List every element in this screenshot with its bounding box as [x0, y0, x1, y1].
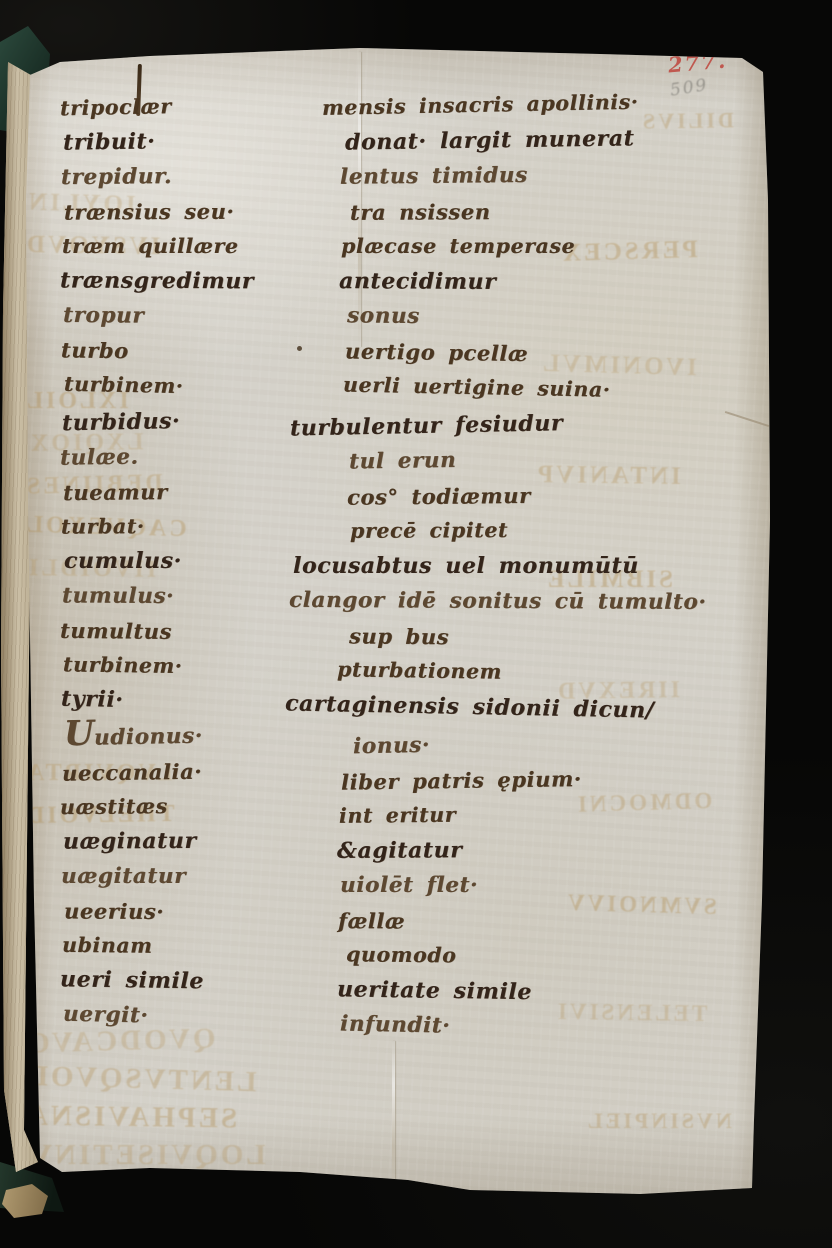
crease-bottom	[392, 1041, 395, 1191]
manuscript-line: trænsgredimur	[60, 264, 295, 300]
foliation-number: 277.	[667, 47, 728, 77]
manuscript-line: lentus timidus	[285, 157, 755, 197]
manuscript-line: turbo	[61, 333, 296, 371]
manuscript-line: tra nsissen	[288, 193, 758, 231]
manuscript-line: trænsius seu·	[64, 194, 299, 230]
manuscript-line: fællæ	[288, 903, 758, 941]
manuscript-line: quomodo	[286, 938, 756, 978]
large-initial: U	[64, 714, 95, 755]
manuscript-line: Uudionus·	[64, 718, 300, 758]
manuscript-line: ueri simile	[60, 963, 295, 1001]
bleedthrough-text: NVSINPIEL	[585, 1108, 732, 1134]
manuscript-line: turbinem·	[64, 368, 300, 408]
manuscript-line: uægitatur	[61, 860, 296, 895]
manuscript-line: tumultus	[60, 614, 295, 651]
manuscript-line: ueerius·	[64, 894, 299, 930]
manuscript-line: liber patris ępium·	[286, 759, 756, 801]
manuscript-line: plæcase temperase	[286, 230, 756, 266]
manuscript-line: locusabtus uel monumūtū	[288, 550, 758, 586]
manuscript-line: cumulus·	[64, 545, 299, 580]
manuscript-line: turbinem·	[63, 648, 298, 686]
manuscript-line: clangor idē sonitus cū tumulto·	[286, 584, 756, 622]
manuscript-line: ubinam	[62, 929, 297, 966]
bleedthrough-text: LENTVSQVOD	[24, 1060, 257, 1099]
manuscript-line: tripoclær	[60, 88, 296, 128]
manuscript-line: tropur	[63, 299, 298, 336]
manuscript-line: uiolēt flet·	[285, 869, 755, 905]
manuscript-line: cos° todiæmur	[287, 476, 757, 516]
manuscript-line: antecidimur	[284, 264, 754, 302]
manuscript-line: donat· largit munerat	[287, 120, 757, 162]
left-text-column: tripoclærtribuit·trepidur.trænsius seu·t…	[62, 90, 297, 1035]
manuscript-line: &agitatur	[287, 832, 757, 870]
manuscript-line: int eritur	[284, 796, 754, 836]
manuscript-line: uergit·	[63, 998, 299, 1038]
bleedthrough-text: SEPHAVISNA	[24, 1100, 238, 1136]
manuscript-page: IOYLINIVSYOVDIXLOILLXQIOXDEBIINESCAQVEXO…	[24, 46, 772, 1196]
manuscript-photo: IOYLINIVSYOVDIXLOILLXQIOXDEBIINESCAQVEXO…	[0, 0, 832, 1248]
manuscript-line: sonus	[287, 299, 757, 339]
manuscript-line: tyrii·	[61, 683, 297, 723]
manuscript-line: turbidus·	[62, 403, 298, 443]
manuscript-line: ueccanalia·	[62, 753, 297, 791]
bleedthrough-text: LOQVISETINV	[28, 1139, 266, 1172]
manuscript-line: uæginatur	[63, 824, 298, 860]
manuscript-line: sup bus	[284, 618, 754, 658]
manuscript-line: træm quillære	[62, 230, 297, 265]
manuscript-line: tulæe.	[60, 438, 295, 476]
manuscript-line: tribuit·	[63, 123, 298, 161]
manuscript-line: tumulus·	[62, 579, 297, 615]
right-text-column: mensis insacris apollinis·donat· largit …	[286, 88, 756, 1047]
manuscript-line: uæstitæs	[60, 789, 295, 826]
manuscript-line: trepidur.	[61, 159, 296, 196]
manuscript-line: tueamur	[63, 474, 298, 511]
manuscript-line: turbat·	[61, 509, 296, 545]
manuscript-line: precē cipitet	[285, 513, 755, 551]
manuscript-line: tul erun	[284, 440, 754, 482]
